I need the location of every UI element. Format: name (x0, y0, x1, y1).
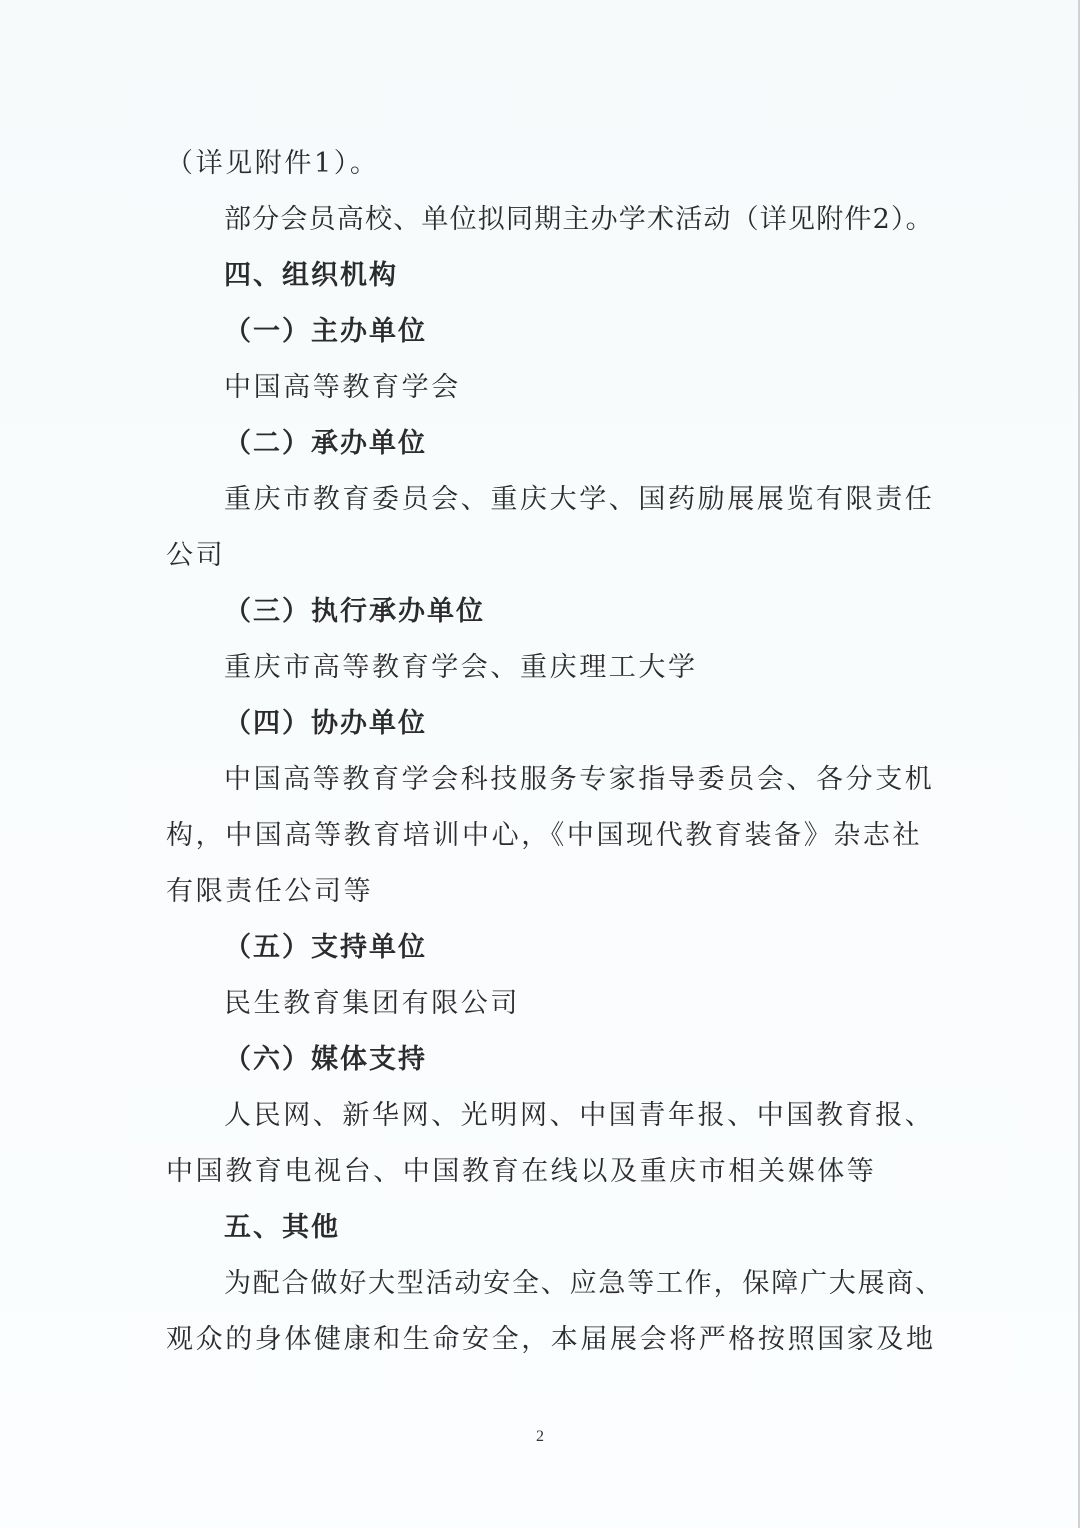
text-line-attachment-1-ref: （详见附件1）。 (166, 146, 379, 182)
text-line-host-org: 中国高等教育学会 (224, 370, 461, 406)
subheading-co-organizer: （四）协办单位 (224, 706, 427, 742)
text-line-supporters: 民生教育集团有限公司 (224, 986, 520, 1022)
subheading-supporter: （五）支持单位 (224, 930, 427, 966)
text-line-organizers: 重庆市教育委员会、重庆大学、国药励展展览有限责任 (224, 482, 934, 518)
text-line-co-organizers-cont-2: 有限责任公司等 (166, 874, 373, 910)
text-line-executive-organizers: 重庆市高等教育学会、重庆理工大学 (224, 650, 698, 686)
text-line-safety: 为配合做好大型活动安全、应急等工作，保障广大展商、 (224, 1266, 944, 1302)
subheading-media-support: （六）媒体支持 (224, 1042, 427, 1078)
subheading-host: （一）主办单位 (224, 314, 427, 350)
section-heading-other: 五、其他 (224, 1210, 340, 1246)
document-page: （详见附件1）。 部分会员高校、单位拟同期主办学术活动（详见附件2）。 四、组织… (0, 0, 1080, 1528)
text-line-organizers-cont: 公司 (166, 538, 225, 574)
page-number: 2 (0, 1428, 1080, 1446)
subheading-executive-organizer: （三）执行承办单位 (224, 594, 485, 630)
text-line-media: 人民网、新华网、光明网、中国青年报、中国教育报、 (224, 1098, 934, 1134)
section-heading-organization: 四、组织机构 (224, 258, 398, 294)
text-line-safety-cont: 观众的身体健康和生命安全，本届展会将严格按照国家及地 (166, 1322, 936, 1358)
subheading-organizer: （二）承办单位 (224, 426, 427, 462)
text-line-co-organizers-cont-1: 构，中国高等教育培训中心，《中国现代教育装备》杂志社 (166, 818, 922, 854)
text-line-academic-activities: 部分会员高校、单位拟同期主办学术活动（详见附件2）。 (224, 202, 934, 238)
text-line-co-organizers: 中国高等教育学会科技服务专家指导委员会、各分支机 (224, 762, 934, 798)
text-line-media-cont: 中国教育电视台、中国教育在线以及重庆市相关媒体等 (166, 1154, 876, 1190)
